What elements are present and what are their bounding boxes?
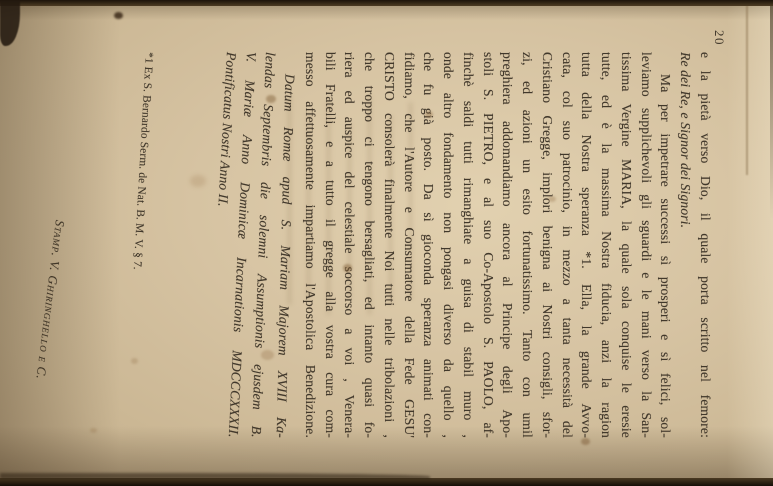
text-line: Cristiano Gregge, implori benigna ai Nos…	[537, 52, 557, 438]
text-line: Ma per impetrare successi sì prosperi e …	[656, 52, 676, 438]
text-line: preghiera addomandiamo ancora al Princip…	[498, 52, 518, 438]
text-block: e la pietà verso Dio, il quale porta scr…	[221, 52, 715, 438]
text-line: CRISTO consolerà finalmente Noi tutti ne…	[379, 52, 399, 438]
page-number: 20	[711, 30, 727, 46]
text-line: finchè saldi tutti rimanghiate a guisa d…	[458, 52, 478, 438]
text-line: fidiamo, che l'Autore e Consumatore dell…	[399, 52, 419, 438]
text-line: onde altro fondamento non pongasi divers…	[439, 52, 459, 438]
text-line: tutte, ed è la massima Nostra fiducia, a…	[597, 52, 617, 438]
text-line: tissima Vergine MARIA, la quale sola con…	[616, 52, 636, 438]
text-line: e la pietà verso Dio, il quale porta scr…	[695, 52, 715, 438]
text-line: che troppo ci tengono bersagliati, ed in…	[360, 52, 380, 438]
book-page: 20 e la pietà verso Dio, il quale porta …	[0, 0, 773, 486]
text-line: messo affettuosamente impartiamo l'Apost…	[300, 52, 320, 438]
text-line: che fu già posto. Da sì gioconda speranz…	[419, 52, 439, 438]
text-line: leviamo supplichevoli gli sguardi e le m…	[636, 52, 656, 438]
book-page-photo: 20 e la pietà verso Dio, il quale porta …	[0, 0, 773, 486]
text-line: bili Fratelli, e a tutto il gregge alla …	[320, 52, 340, 438]
text-line: tutta della Nostra speranza *1. Ella, la…	[577, 52, 597, 438]
footnote: *1 Ex S. Bernardo Serm. de Nat. B. M. V.…	[125, 52, 155, 372]
text-line: Re dei Re, e Signor dei Signori.	[676, 52, 696, 438]
text-line: stoli S. PIETRO, e al suo Co-Apostolo S.…	[478, 52, 498, 438]
text-line: cata, col suo patrocinio, in mezzo a tan…	[557, 52, 577, 438]
text-line: riera ed auspice del celestiale soccorso…	[340, 52, 360, 438]
printer-imprint: Stamp. V. Ghiringhello e C.	[32, 219, 66, 380]
text-line: zi, ed azioni un esito fortunatissimo. T…	[518, 52, 538, 438]
